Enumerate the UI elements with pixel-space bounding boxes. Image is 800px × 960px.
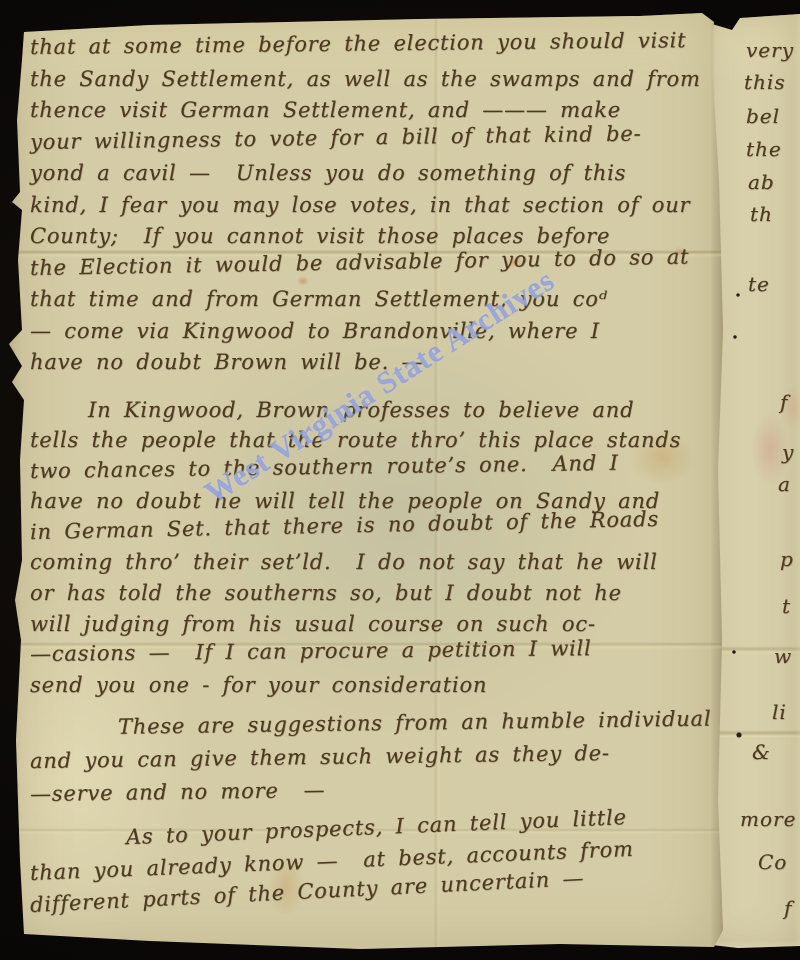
second-page-fragment: Co <box>758 850 787 874</box>
letter-line: — come via Kingwood to Brandonville, whe… <box>30 316 714 348</box>
letter-line: In Kingwood, Brown professes to believe … <box>30 395 714 426</box>
letter-paragraph: In Kingwood, Brown professes to believe … <box>30 395 714 701</box>
second-page-fragment: & <box>752 740 771 764</box>
letter-line: —casions — If I can procure a petition I… <box>30 632 714 670</box>
second-page-fragment: more <box>740 807 796 831</box>
letter-line: the Sandy Settlement, as well as the swa… <box>30 64 714 96</box>
photo-background: verythisbeltheabthtefyaptwli&moreCof tha… <box>0 0 800 960</box>
second-page-fragment: f <box>780 390 788 414</box>
letter-paragraph: that at some time before the election yo… <box>30 32 714 379</box>
letter-line: that at some time before the election yo… <box>30 25 714 64</box>
letter-line: have no doubt Brown will be. — <box>30 347 714 379</box>
second-page-fragment: te <box>748 272 770 296</box>
letter-line: kind, I fear you may lose votes, in that… <box>30 190 714 222</box>
second-page-fragment: this <box>744 70 786 94</box>
letter-page: that at some time before the election yo… <box>0 0 726 960</box>
letter-paragraph: These are suggestions from an humble ind… <box>30 712 714 811</box>
second-page-fragment: p <box>780 547 794 571</box>
second-page-fragment: bel <box>746 104 780 128</box>
second-page-fragment: f <box>784 896 792 920</box>
second-page-fragment: a <box>778 472 791 496</box>
second-page-fragments: verythisbeltheabthtefyaptwli&moreCof <box>738 12 800 950</box>
second-page-fragment: t <box>782 594 791 618</box>
second-page-fragment: w <box>774 644 792 668</box>
letter-body: that at some time before the election yo… <box>30 22 714 921</box>
second-page-fragment: very <box>746 38 794 62</box>
letter-line: send you one - for your consideration <box>30 670 714 701</box>
letter-line: that time and from German Settlement, yo… <box>30 284 714 316</box>
second-page-fragment: ab <box>748 170 775 194</box>
letter-line: or has told the southerns so, but I doub… <box>30 578 714 609</box>
second-page-fragment: li <box>772 700 787 724</box>
letter-paragraph: As to your prospects, I can tell you lit… <box>30 825 714 921</box>
second-page-fragment: y <box>782 440 794 464</box>
second-page-fragment: th <box>750 202 773 226</box>
second-page-fragment: the <box>746 137 782 161</box>
letter-line: coming thro’ their set’ld. I do not say … <box>30 547 714 578</box>
letter-line: yond a cavil — Unless you do something o… <box>30 158 714 190</box>
